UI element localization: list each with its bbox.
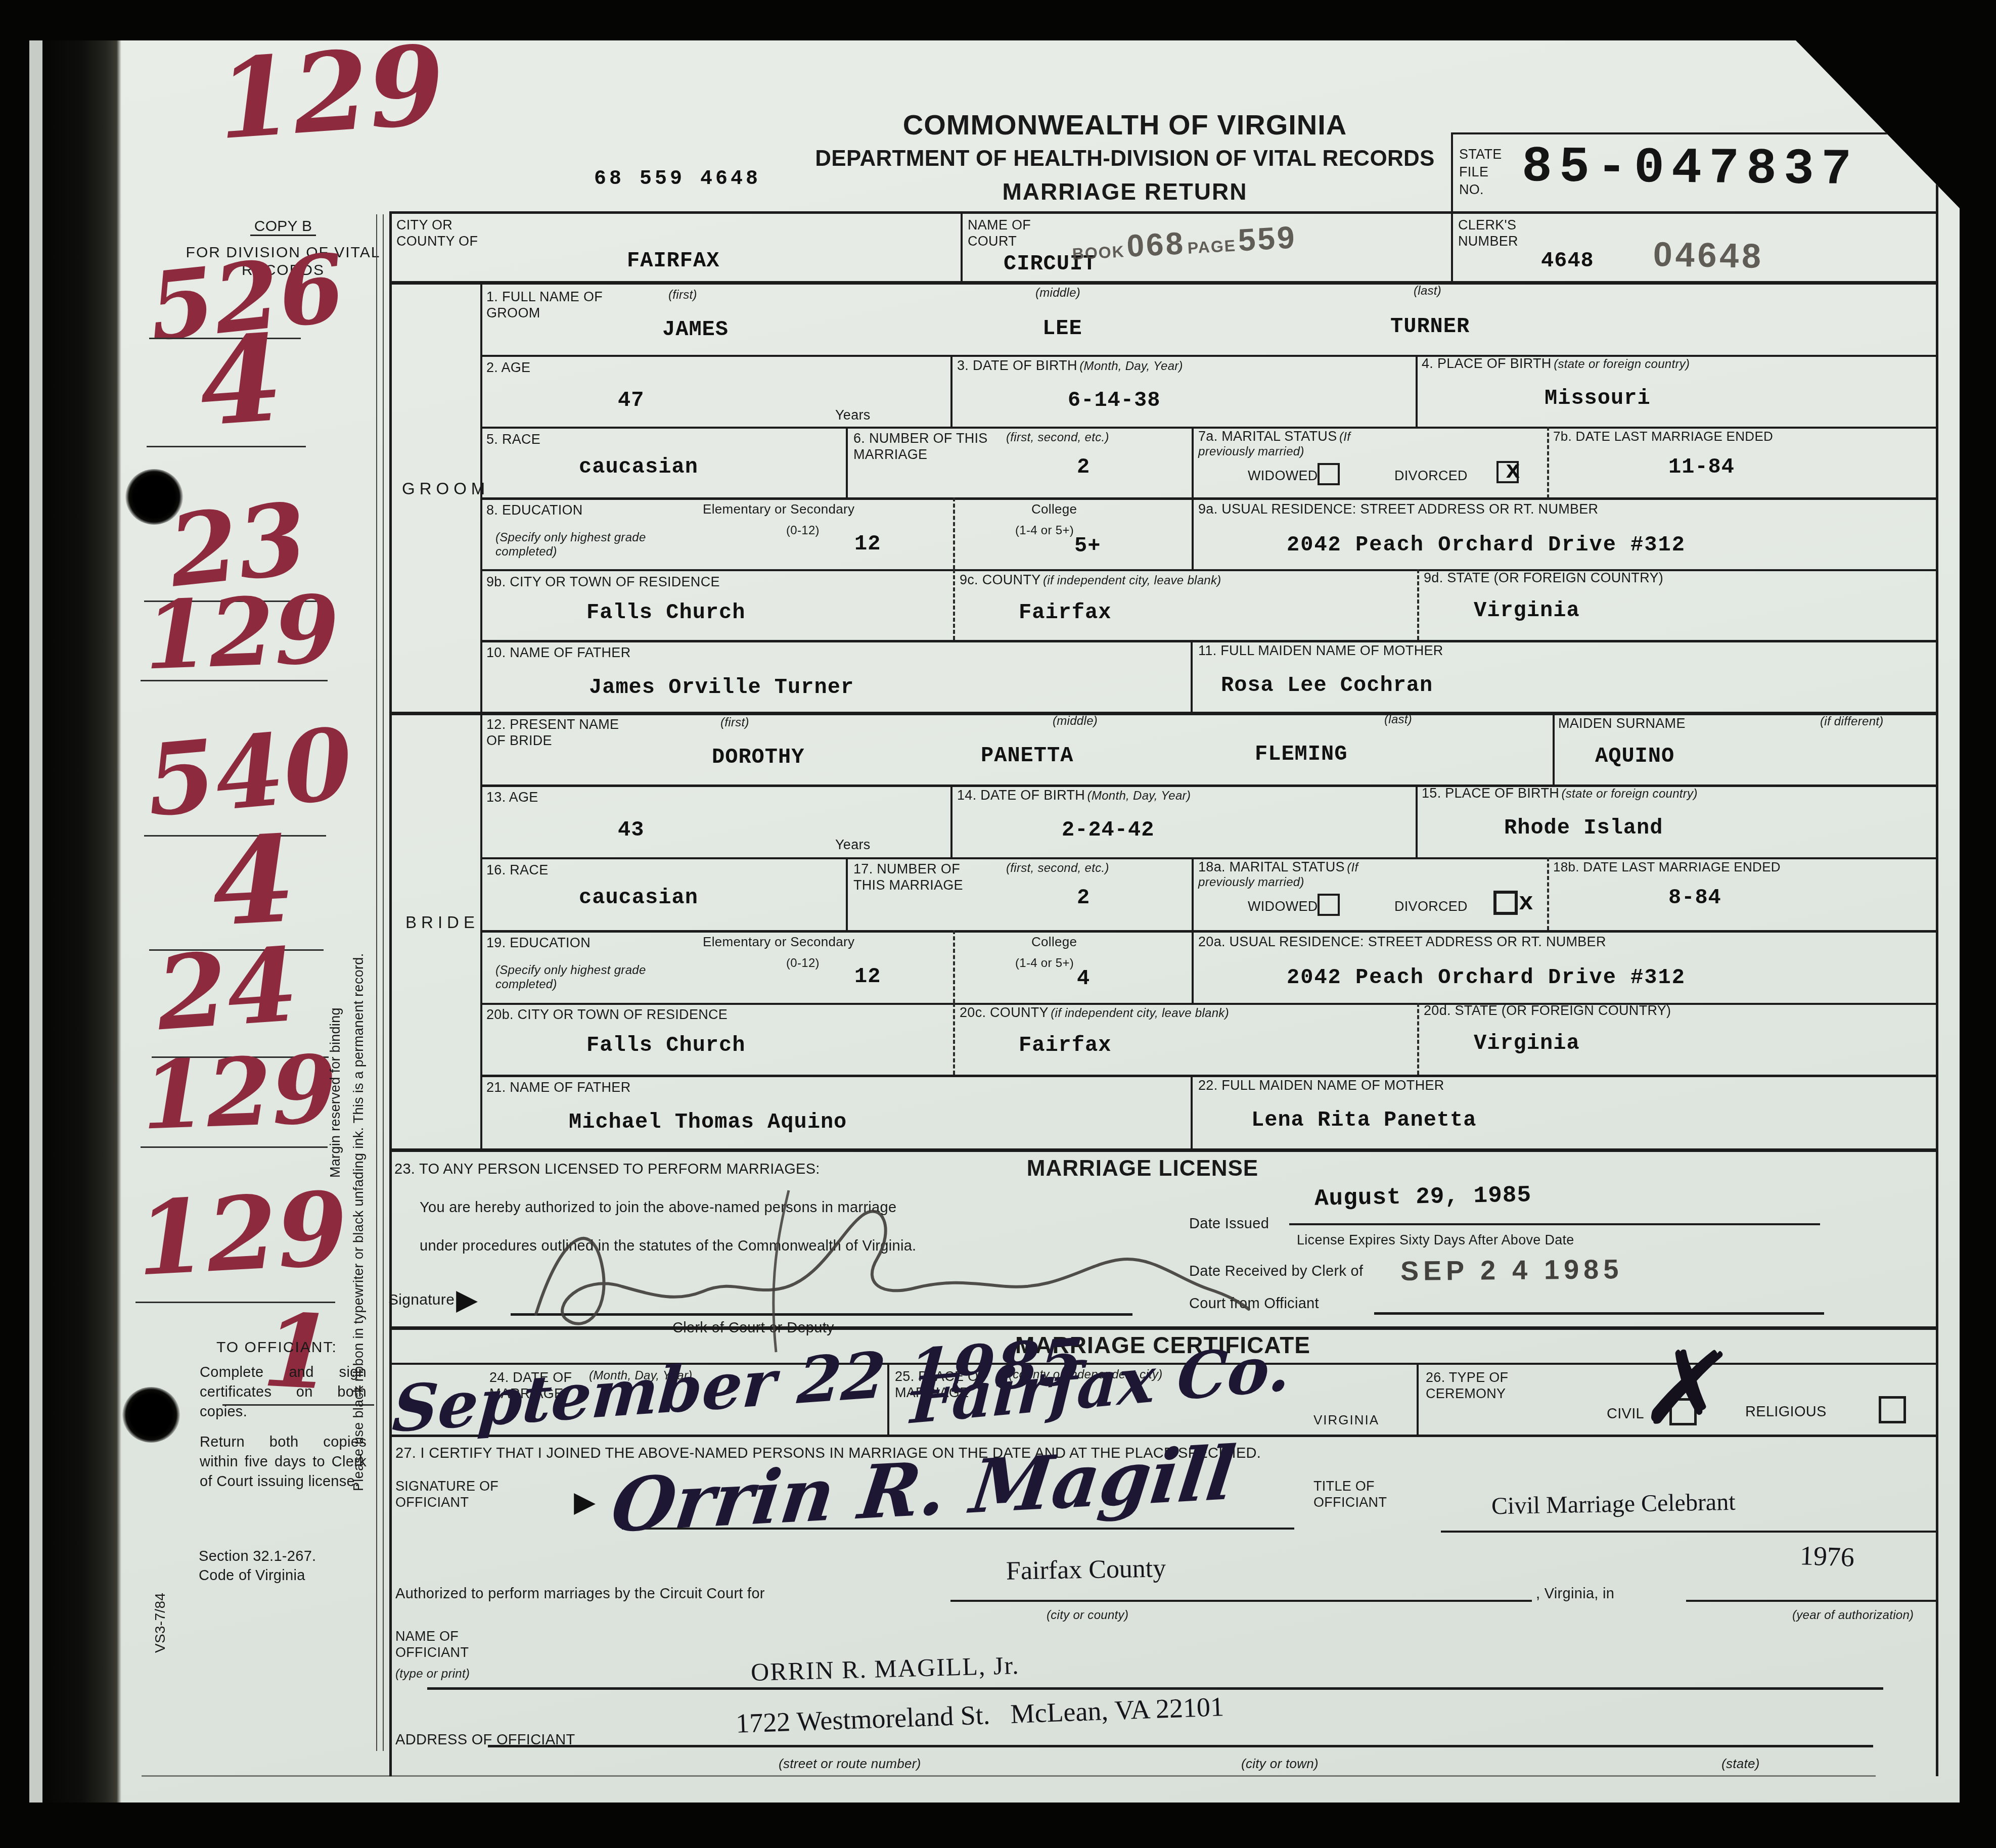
- bride-last-marriage-ended-label: 18b. DATE LAST MARRIAGE ENDED: [1553, 859, 1932, 875]
- groom-college-hint: (1-4 or 5+): [1015, 524, 1074, 538]
- groom-county-hint: (if independent city, leave blank): [1043, 574, 1221, 587]
- license-expires-note: License Expires Sixty Days After Above D…: [1297, 1232, 1574, 1249]
- date-received-stamp: SEP 2 4 1985: [1400, 1254, 1623, 1287]
- paper-sheet: 129 COPY B FOR DIVISION OF VITAL RECORDS…: [0, 0, 1996, 1848]
- authorization-year-line: [1686, 1600, 1936, 1602]
- bride-last-marriage-ended-value: 8-84: [1668, 886, 1721, 910]
- groom-mother-value: Rosa Lee Cochran: [1221, 673, 1433, 698]
- bride-widowed-label: WIDOWED: [1248, 899, 1318, 915]
- grid-line-dashed: [1547, 427, 1549, 498]
- groom-residence-label: 9a. USUAL RESIDENCE: STREET ADDRESS OR R…: [1198, 501, 1598, 518]
- ceremony-type-label: 26. TYPE OF CEREMONY: [1426, 1370, 1547, 1402]
- groom-dob-hint: (Month, Day, Year): [1079, 359, 1183, 373]
- bride-education-label: 19. EDUCATION: [486, 935, 591, 951]
- black-ink-note: Please use black ribbon in typewriter or…: [351, 521, 367, 1491]
- date-received-line: [1374, 1312, 1824, 1315]
- groom-county-label: 9c. COUNTY (if independent city, leave b…: [960, 572, 1404, 588]
- groom-college-label: College: [1031, 501, 1077, 517]
- clerks-number-stamp: 04648: [1653, 235, 1764, 276]
- groom-first-hint: (first): [668, 288, 697, 302]
- bride-city-label: 20b. CITY OR TOWN OF RESIDENCE: [486, 1007, 728, 1023]
- groom-pob-label-text: 4. PLACE OF BIRTH: [1422, 356, 1552, 371]
- date-issued-line: [1289, 1223, 1820, 1225]
- authorized-place-hint: (city or county): [1047, 1608, 1128, 1623]
- bride-race-label: 16. RACE: [486, 862, 548, 879]
- grid-line-dashed: [953, 569, 955, 640]
- groom-divorced-mark: x: [1506, 458, 1521, 485]
- margin-line: [141, 680, 328, 681]
- officiant-address-line: [488, 1745, 1873, 1747]
- groom-widowed-label: WIDOWED: [1248, 468, 1318, 484]
- bride-pob-value: Rhode Island: [1504, 816, 1663, 840]
- bride-residence-label: 20a. USUAL RESIDENCE: STREET ADDRESS OR …: [1198, 934, 1606, 950]
- bride-education-hint: (Specify only highest grade completed): [495, 963, 652, 992]
- officiant-name-hint: (type or print): [395, 1667, 470, 1681]
- bride-middle-hint: (middle): [1053, 714, 1098, 728]
- bride-elementary-hint: (0-12): [786, 956, 820, 971]
- punch-hole: [122, 1387, 180, 1443]
- grid-line: [1191, 1075, 1193, 1148]
- bride-college-hint: (1-4 or 5+): [1015, 956, 1074, 971]
- groom-race-label: 5. RACE: [486, 432, 540, 448]
- officiant-name-label: NAME OF OFFICIANT: [395, 1629, 496, 1661]
- bride-race-value: caucasian: [579, 886, 698, 910]
- virginia-label: VIRGINIA: [1313, 1412, 1379, 1428]
- groom-last-hint: (last): [1414, 284, 1441, 298]
- officiant-signature-label: SIGNATURE OF OFFICIANT: [395, 1479, 522, 1511]
- page-stamp-label: PAGE: [1187, 237, 1237, 257]
- book-stamp-value: 068: [1126, 226, 1186, 264]
- groom-last-marriage-ended-value: 11-84: [1668, 455, 1735, 479]
- copy-b-text: COPY B: [250, 218, 316, 236]
- grid-line-dashed: [1417, 1003, 1419, 1075]
- grid-line: [1192, 930, 1194, 1003]
- paper-bottom-edge: [142, 1775, 1876, 1777]
- officiant-name-line: [427, 1687, 1883, 1690]
- code-section-ref: Section 32.1-267.: [199, 1548, 316, 1565]
- scanned-marriage-return-document: 129 COPY B FOR DIVISION OF VITAL RECORDS…: [0, 0, 1996, 1848]
- to-officiant-note-1: Complete and sign certificates on both c…: [200, 1363, 367, 1422]
- groom-county-label-text: 9c. COUNTY: [960, 572, 1041, 587]
- groom-pob-label: 4. PLACE OF BIRTH (state or foreign coun…: [1422, 356, 1927, 372]
- officiant-signature-arrow-icon: ▶: [574, 1485, 596, 1518]
- groom-elementary-hint: (0-12): [786, 524, 820, 538]
- groom-pob-hint: (state or foreign country): [1554, 357, 1690, 371]
- license-signature-label: Signature: [388, 1291, 455, 1309]
- bride-divorced-mark: x: [1519, 890, 1534, 917]
- bride-pob-label-text: 15. PLACE OF BIRTH: [1422, 786, 1559, 801]
- grid-line: [480, 497, 1937, 500]
- margin-line: [141, 1146, 328, 1148]
- groom-section-label: GROOM: [402, 479, 483, 499]
- grid-line: [1417, 1365, 1419, 1436]
- grid-line: [1416, 355, 1418, 427]
- paper-left-edge: [29, 40, 42, 1803]
- bride-marriage-number-value: 2: [1077, 886, 1090, 910]
- officiant-title-line: [1441, 1531, 1936, 1533]
- groom-dob-label: 3. DATE OF BIRTH (Month, Day, Year): [957, 358, 1402, 374]
- grid-line: [1191, 640, 1193, 712]
- bride-dob-label-text: 14. DATE OF BIRTH: [957, 788, 1085, 803]
- margin-red-number: 24: [154, 940, 300, 1040]
- groom-years-label: Years: [835, 407, 871, 424]
- address-city-hint: (city or town): [1241, 1756, 1319, 1772]
- court-name-label: NAME OF COURT: [968, 217, 1059, 250]
- bride-college-label: College: [1031, 934, 1077, 950]
- grid-line: [961, 211, 963, 282]
- groom-name-label: 1. FULL NAME OF GROOM: [486, 289, 613, 321]
- groom-father-label: 10. NAME OF FATHER: [486, 645, 630, 661]
- groom-college-value: 5+: [1074, 534, 1101, 558]
- form-code: VS3-7/84: [152, 1527, 168, 1653]
- bride-college-value: 4: [1077, 966, 1090, 991]
- groom-mother-label: 11. FULL MAIDEN NAME OF MOTHER: [1198, 643, 1443, 659]
- binding-margin-note: Margin reserved for binding: [328, 733, 344, 1178]
- groom-state-value: Virginia: [1474, 598, 1580, 623]
- grid-line: [389, 712, 1937, 715]
- bride-middle-name-value: PANETTA: [981, 744, 1073, 768]
- code-of-virginia-ref: Code of Virginia: [199, 1567, 305, 1584]
- bride-state-value: Virginia: [1474, 1031, 1580, 1055]
- margin-red-number: 4: [210, 826, 298, 937]
- officiant-title-label: TITLE OF OFFICIANT: [1313, 1479, 1404, 1511]
- groom-widowed-checkbox: [1318, 463, 1340, 485]
- grid-line: [846, 857, 848, 930]
- license-title: MARRIAGE LICENSE: [986, 1156, 1299, 1182]
- groom-marital-label-text: 7a. MARITAL STATUS: [1198, 429, 1337, 444]
- bride-age-value: 43: [618, 818, 644, 842]
- bride-maiden-value: AQUINO: [1595, 744, 1674, 768]
- religious-label: RELIGIOUS: [1745, 1403, 1827, 1420]
- bride-dob-label: 14. DATE OF BIRTH (Month, Day, Year): [957, 788, 1402, 804]
- bride-elementary-value: 12: [854, 964, 881, 989]
- grid-line: [389, 281, 1937, 285]
- bride-elementary-label: Elementary or Secondary: [703, 934, 945, 950]
- bride-city-value: Falls Church: [586, 1033, 745, 1057]
- civil-ink-mark: ✗: [1635, 1320, 1740, 1457]
- bride-last-hint: (last): [1384, 713, 1412, 727]
- grid-line: [1451, 132, 1453, 282]
- grid-line: [480, 569, 1937, 571]
- address-street-hint: (street or route number): [779, 1756, 921, 1772]
- date-issued-value: August 29, 1985: [1314, 1182, 1532, 1212]
- bride-marriage-number-hint: (first, second, etc.): [1006, 861, 1109, 875]
- grid-line: [950, 355, 952, 427]
- groom-dob-value: 6-14-38: [1068, 388, 1160, 412]
- authorization-year-value: 1976: [1799, 1540, 1855, 1573]
- grid-line: [389, 211, 1937, 214]
- groom-state-label: 9d. STATE (OR FOREIGN COUNTRY): [1424, 570, 1663, 586]
- bride-maiden-label: MAIDEN SURNAME: [1558, 716, 1686, 732]
- margin-red-number: 129: [143, 587, 341, 678]
- authorized-label: Authorized to perform marriages by the C…: [395, 1585, 765, 1602]
- grid-line: [846, 427, 848, 498]
- authorized-place-value: Fairfax County: [1006, 1553, 1166, 1586]
- grid-line: [480, 1075, 1937, 1077]
- groom-divorced-label: DIVORCED: [1394, 468, 1468, 484]
- license-item-label: 23. TO ANY PERSON LICENSED TO PERFORM MA…: [394, 1161, 820, 1178]
- bride-marital-status-label: 18a. MARITAL STATUS (If previously marri…: [1198, 859, 1390, 890]
- bride-mother-label: 22. FULL MAIDEN NAME OF MOTHER: [1198, 1078, 1444, 1094]
- grid-line: [480, 930, 1937, 933]
- margin-rule: [383, 214, 384, 1751]
- book-stamp-label: BOOK: [1072, 242, 1125, 263]
- groom-elementary-label: Elementary or Secondary: [703, 501, 945, 517]
- grid-line: [1192, 427, 1194, 498]
- bride-county-label: 20c. COUNTY (if independent city, leave …: [960, 1005, 1404, 1021]
- margin-red-number: 129: [140, 1047, 338, 1138]
- clerks-number-value: 4648: [1541, 249, 1594, 273]
- address-state-hint: (state): [1721, 1756, 1760, 1772]
- grid-line: [480, 640, 1937, 642]
- grid-line: [1192, 497, 1194, 569]
- clerk-signature-scribble: [506, 1188, 1264, 1355]
- margin-red-number: 540: [143, 719, 356, 825]
- authorized-place-line: [950, 1600, 1532, 1602]
- grid-line-dashed: [953, 497, 955, 569]
- copy-b-label: COPY B: [217, 217, 349, 235]
- bride-divorced-checkbox: [1493, 891, 1518, 915]
- bride-last-name-value: FLEMING: [1255, 742, 1347, 766]
- bride-county-label-text: 20c. COUNTY: [960, 1005, 1049, 1020]
- bride-father-value: Michael Thomas Aquino: [569, 1110, 847, 1134]
- bride-section-label: BRIDE: [402, 913, 483, 933]
- religious-checkbox: [1879, 1396, 1906, 1423]
- bride-father-label: 21. NAME OF FATHER: [486, 1080, 630, 1096]
- book-binding-strip: [42, 40, 121, 1803]
- city-county-label: CITY OR COUNTY OF: [396, 217, 513, 250]
- grid-line: [1451, 132, 1937, 134]
- bride-dob-value: 2-24-42: [1062, 818, 1154, 842]
- grid-line: [1192, 857, 1194, 930]
- groom-age-label: 2. AGE: [486, 360, 530, 376]
- bride-first-name-value: DOROTHY: [712, 745, 804, 769]
- groom-pob-value: Missouri: [1545, 386, 1651, 410]
- bride-mother-value: Lena Rita Panetta: [1251, 1108, 1476, 1132]
- margin-red-number: 129: [134, 1183, 350, 1285]
- groom-education-label: 8. EDUCATION: [486, 502, 583, 519]
- bride-state-label: 20d. STATE (OR FOREIGN COUNTRY): [1424, 1003, 1671, 1019]
- clerks-number-label: CLERK'S NUMBER: [1458, 217, 1559, 250]
- bride-divorced-label: DIVORCED: [1394, 899, 1468, 915]
- grid-line: [950, 784, 952, 857]
- groom-middle-hint: (middle): [1035, 286, 1080, 300]
- commonwealth-title: COMMONWEALTH OF VIRGINIA: [632, 108, 1618, 142]
- bride-marriage-number-label: 17. NUMBER OF THIS MARRIAGE: [853, 861, 990, 894]
- city-county-value: FAIRFAX: [627, 249, 719, 273]
- groom-city-value: Falls Church: [586, 600, 745, 625]
- groom-county-value: Fairfax: [1019, 600, 1111, 625]
- groom-father-value: James Orville Turner: [589, 675, 854, 700]
- bride-widowed-checkbox: [1318, 894, 1340, 916]
- groom-race-value: caucasian: [579, 455, 698, 479]
- bride-name-label: 12. PRESENT NAME OF BRIDE: [486, 717, 638, 749]
- groom-marriage-number-hint: (first, second, etc.): [1006, 431, 1109, 445]
- groom-dob-label-text: 3. DATE OF BIRTH: [957, 358, 1077, 373]
- bride-first-hint: (first): [720, 716, 749, 730]
- groom-last-marriage-ended-label: 7b. DATE LAST MARRIAGE ENDED: [1553, 429, 1932, 444]
- bride-pob-hint: (state or foreign country): [1561, 787, 1697, 801]
- grid-line: [1416, 784, 1418, 857]
- groom-middle-name-value: LEE: [1042, 316, 1082, 341]
- bride-residence-value: 2042 Peach Orchard Drive #312: [1287, 965, 1686, 990]
- groom-residence-value: 2042 Peach Orchard Drive #312: [1287, 533, 1686, 557]
- authorization-year-hint: (year of authorization): [1792, 1608, 1914, 1623]
- signature-arrow-icon: ▶: [456, 1283, 478, 1316]
- grid-line-dashed: [953, 1003, 955, 1075]
- bride-age-label: 13. AGE: [486, 790, 538, 806]
- grid-line: [389, 211, 392, 1776]
- page-stamp-value: 559: [1237, 220, 1297, 258]
- groom-age-value: 47: [618, 388, 644, 412]
- grid-line: [1553, 712, 1555, 786]
- groom-first-name-value: JAMES: [662, 317, 729, 342]
- bride-pob-label: 15. PLACE OF BIRTH (state or foreign cou…: [1422, 786, 1927, 802]
- grid-line-dashed: [953, 930, 955, 1003]
- officiant-title-value: Civil Marriage Celebrant: [1491, 1488, 1736, 1520]
- margin-red-number: 4: [196, 325, 286, 437]
- bride-dob-hint: (Month, Day, Year): [1087, 789, 1191, 803]
- groom-last-name-value: TURNER: [1390, 314, 1470, 339]
- grid-line: [389, 1148, 1937, 1152]
- groom-marriage-number-label: 6. NUMBER OF THIS MARRIAGE: [853, 431, 990, 463]
- bride-marital-label-text: 18a. MARITAL STATUS: [1198, 859, 1345, 874]
- margin-red-number: 129: [214, 36, 447, 149]
- bride-maiden-hint: (if different): [1820, 715, 1884, 729]
- virginia-in-label: , Virginia, in: [1536, 1585, 1614, 1602]
- margin-rule: [376, 214, 377, 1751]
- bride-county-hint: (if independent city, leave blank): [1051, 1006, 1229, 1020]
- groom-marital-status-label: 7a. MARITAL STATUS (If previously marrie…: [1198, 429, 1390, 459]
- state-file-number: 85-047837: [1522, 139, 1859, 199]
- grid-line-dashed: [1547, 857, 1549, 930]
- bride-years-label: Years: [835, 837, 871, 853]
- grid-line-dashed: [1417, 569, 1419, 640]
- bride-county-value: Fairfax: [1019, 1033, 1111, 1057]
- margin-line: [147, 446, 306, 447]
- groom-education-hint: (Specify only highest grade completed): [495, 531, 652, 560]
- groom-marriage-number-value: 2: [1077, 455, 1090, 479]
- groom-city-label: 9b. CITY OR TOWN OF RESIDENCE: [486, 574, 720, 590]
- state-file-label: STATE FILE NO.: [1459, 146, 1516, 199]
- groom-elementary-value: 12: [854, 532, 881, 556]
- to-officiant-title: TO OFFICIANT:: [216, 1338, 337, 1356]
- grid-line: [1936, 132, 1938, 1776]
- to-officiant-note-2: Return both copies within five days to C…: [200, 1433, 367, 1492]
